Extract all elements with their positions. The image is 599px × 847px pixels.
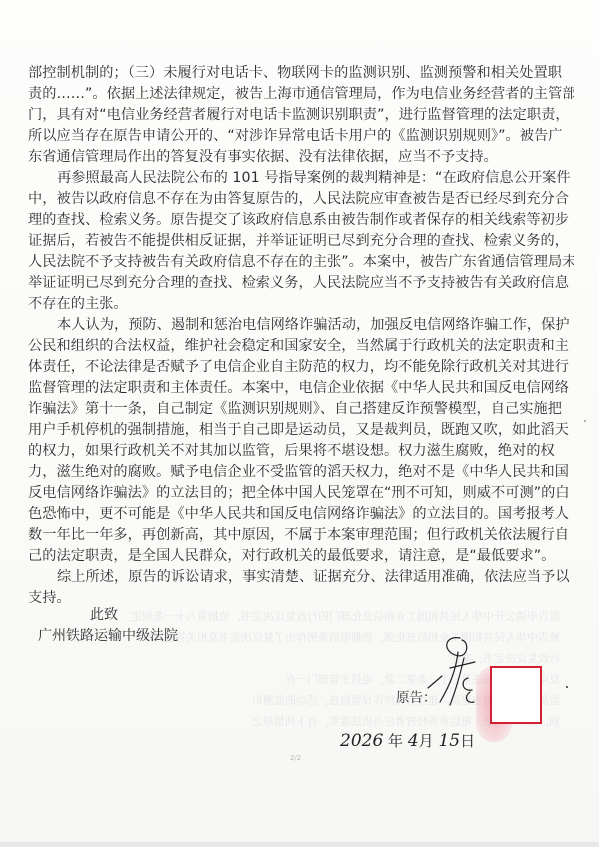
body-line: 反电信网络诈骗法》的立法目的；把全体中国人民笼罩在“刑不可知，则威不可测”的白 [28, 483, 574, 504]
court-addressee: 广州铁路运输中级法院 [38, 625, 178, 645]
bleed-through-text: 原告申请公开中华人民共和国工业和信息化部门的行政复议决定书，依据第八十一条规定 [40, 606, 560, 627]
body-line: 诈骗法》第十一条，自己制定《监测识别规则》、自己搭建反诈预警模型，自己实施把 [28, 399, 574, 420]
scan-bottom-edge [0, 842, 599, 847]
body-line: 监督管理的法定职责和主体责任。本案中，电信企业依据《中华人民共和国反电信网络 [28, 378, 574, 399]
closing-salutation: 此致 [90, 604, 118, 624]
body-line: 部控制机制的；（三）未履行对电话卡、物联网卡的监测识别、监测预警和相关处置职 [28, 63, 574, 84]
body-line: 力，滋生绝对的腐败。赋予电信企业不受监管的滔天权力，绝对不是《中华人民共和国 [28, 462, 574, 483]
body-line: 东省通信管理局作出的答复没有事实依据、没有法律依据，应当不予支持。 [28, 147, 574, 168]
body-line: 中，被告以政府信息不存在为由答复原告的，人民法院应审查被告是否已经尽到充分合 [28, 189, 574, 210]
date-day: 15 [438, 731, 460, 751]
page-number: 2/2 [290, 754, 301, 762]
body-line: 所以应当存在原告申请公开的、“对涉诈异常电话卡用户的《监测识别规则》”。被告广 [28, 126, 574, 147]
body-line: 责的……”。依据上述法律规定，被告上海市通信管理局，作为电信业务经营者的主管部 [28, 84, 574, 105]
paragraph-start-line: 本人认为，预防、遏制和惩治电信网络诈骗活动，加强反电信网络诈骗工作，保护 [28, 315, 574, 336]
scan-speck [566, 686, 568, 688]
body-line: 门，具有对“电信业务经营者履行对电话卡监测识别职责”，进行监督管理的法定职责， [28, 105, 574, 126]
document-page: 原告申请公开中华人民共和国工业和信息化部门的行政复议决定书，依据第八十一条规定 … [0, 0, 599, 847]
body-line: 证据后，若被告不能提供相反证据，并举证证明已尽到充分合理的查找、检索义务的， [28, 231, 574, 252]
date-year-label: 年 [388, 732, 403, 750]
paragraph-start-line: 再参照最高人民法院公布的 101 号指导案例的裁判精神是：“在政府信息公开案件 [28, 168, 574, 189]
date-month-label: 月 [419, 732, 434, 750]
body-line: 举证证明已尽到充分合理的查找、检索义务，人民法院应当不予支持被告有关政府信息 [28, 273, 574, 294]
body-line: 理的查找、检索义务。原告提交了该政府信息系由被告制作或者保存的相关线索等初步 [28, 210, 574, 231]
date-day-label: 日 [460, 732, 475, 750]
body-line: 己的法定职责，是全国人民群众，对行政机关的最低要求，请注意，是“最低要求”。 [28, 546, 574, 567]
scan-speck [584, 420, 586, 422]
body-line: 人民法院不予支持被告有关政府信息不存在的主张”。本案中，被告广东省通信管理局未 [28, 252, 574, 273]
body-line: 公民和组织的合法权益，维护社会稳定和国家安全，当然属于行政机关的法定职责和主 [28, 336, 574, 357]
body-line: 的权力，如果行政机关不对其加以监管，后果将不堪设想。权力滋生腐败，绝对的权 [28, 441, 574, 462]
body-line: 体责任，不论法律是否赋予了电信企业自主防范的权力，均不能免除行政机关对其进行 [28, 357, 574, 378]
redacted-name-box [490, 666, 542, 724]
body-line: 色恐怖中，更不可能是《中华人民共和国反电信网络诈骗法》的立法目的。国考报考人 [28, 504, 574, 525]
signing-date: 2026 年 4月 15日 [340, 730, 475, 751]
document-body: 部控制机制的；（三）未履行对电话卡、物联网卡的监测识别、监测预警和相关处置职 责… [28, 63, 574, 609]
body-line: 不存在的主张。 [28, 294, 574, 315]
body-line: 用户手机停机的强制措施，相当于自己即是运动员，又是裁判员，既跑又吹，如此滔天 [28, 420, 574, 441]
paragraph-start-line: 综上所述，原告的诉讼请求，事实清楚、证据充分、法律适用准确，依法应当予以 [28, 567, 574, 588]
date-month: 4 [408, 731, 419, 751]
body-line: 数一年比一年多，再创新高，其中原因，不属于本案审理范围；但行政机关依法履行自 [28, 525, 574, 546]
date-year: 2026 [340, 731, 383, 751]
